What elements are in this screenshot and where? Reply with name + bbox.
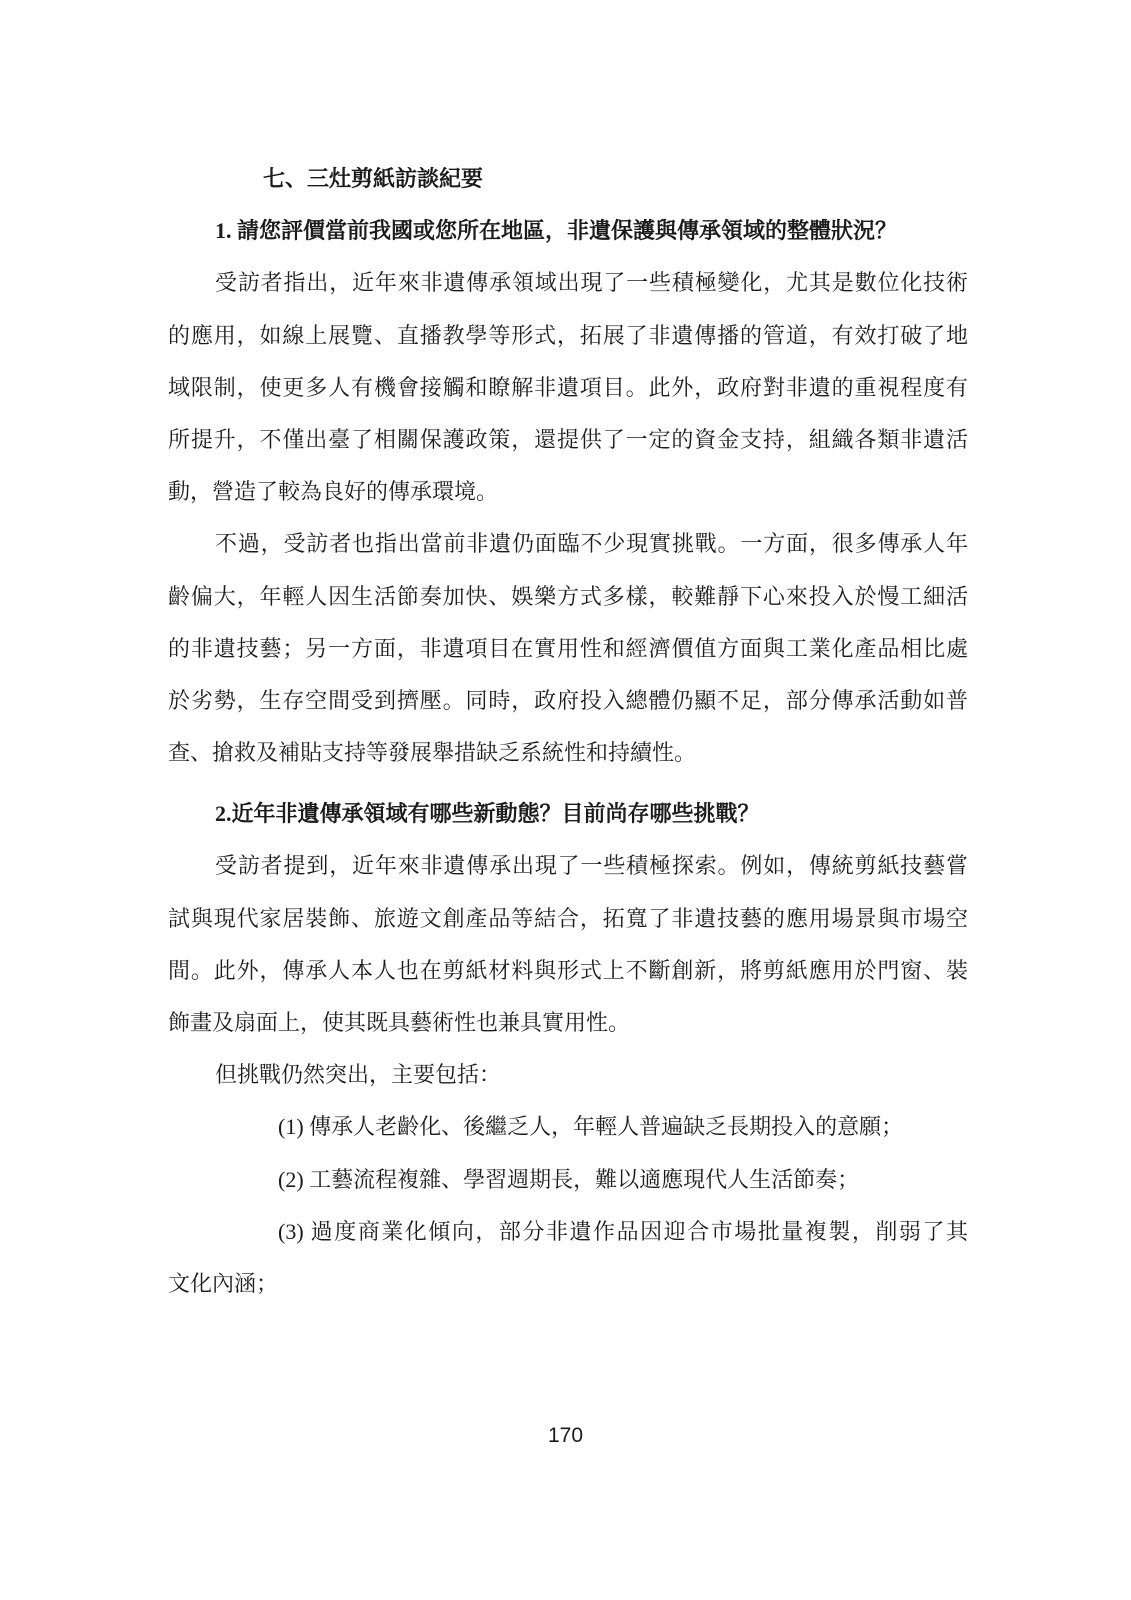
section-title: 七、三灶剪紙訪談紀要 (168, 153, 968, 205)
question-1-heading: 1. 請您評價當前我國或您所在地區，非遺保護與傳承領域的整體狀況？ (168, 205, 968, 257)
list-item-3-line-2: 文化內涵； (168, 1258, 968, 1310)
list-item-1: (1) 傳承人老齡化、後繼乏人，年輕人普遍缺乏長期投入的意願； (168, 1101, 968, 1153)
paragraph-3-line-4: 飾畫及扇面上，使其既具藝術性也兼具實用性。 (168, 997, 968, 1049)
paragraph-2-line-2: 齡偏大，年輕人因生活節奏加快、娛樂方式多樣，較難靜下心來投入於慢工細活 (168, 571, 968, 623)
paragraph-2-line-4: 於劣勢，生存空間受到擠壓。同時，政府投入總體仍顯不足，部分傳承活動如普 (168, 675, 968, 727)
page-number: 170 (0, 1424, 1131, 1448)
paragraph-3-line-2: 試與現代家居裝飾、旅遊文創產品等結合，拓寬了非遺技藝的應用場景與市場空 (168, 893, 968, 945)
paragraph-2-line-1: 不過，受訪者也指出當前非遺仍面臨不少現實挑戰。一方面，很多傳承人年 (168, 518, 968, 570)
paragraph-1-line-2: 的應用，如線上展覽、直播教學等形式，拓展了非遺傳播的管道，有效打破了地 (168, 310, 968, 362)
list-item-3-line-1: (3) 過度商業化傾向，部分非遺作品因迎合市場批量複製，削弱了其 (168, 1206, 968, 1258)
document-page: 七、三灶剪紙訪談紀要 1. 請您評價當前我國或您所在地區，非遺保護與傳承領域的整… (0, 0, 1131, 1600)
paragraph-3-line-3: 間。此外，傳承人本人也在剪紙材料與形式上不斷創新，將剪紙應用於門窗、裝 (168, 945, 968, 997)
list-item-2: (2) 工藝流程複雜、學習週期長，難以適應現代人生活節奏； (168, 1154, 968, 1206)
paragraph-2-line-5: 查、搶救及補貼支持等發展舉措缺乏系統性和持續性。 (168, 727, 968, 779)
document-content: 七、三灶剪紙訪談紀要 1. 請您評價當前我國或您所在地區，非遺保護與傳承領域的整… (168, 153, 968, 1310)
paragraph-1-line-4: 所提升，不僅出臺了相關保護政策，還提供了一定的資金支持，組織各類非遺活 (168, 414, 968, 466)
question-2-heading: 2.近年非遺傳承領域有哪些新動態？目前尚存哪些挑戰？ (168, 788, 968, 840)
paragraph-1-line-1: 受訪者指出，近年來非遺傳承領域出現了一些積極變化，尤其是數位化技術 (168, 257, 968, 309)
paragraph-1-line-3: 域限制，使更多人有機會接觸和瞭解非遺項目。此外，政府對非遺的重視程度有 (168, 362, 968, 414)
challenges-intro: 但挑戰仍然突出，主要包括： (168, 1049, 968, 1101)
paragraph-3-line-1: 受訪者提到，近年來非遺傳承出現了一些積極探索。例如，傳統剪紙技藝嘗 (168, 840, 968, 892)
paragraph-2-line-3: 的非遺技藝；另一方面，非遺項目在實用性和經濟價值方面與工業化產品相比處 (168, 623, 968, 675)
paragraph-1-line-5: 動，營造了較為良好的傳承環境。 (168, 466, 968, 518)
